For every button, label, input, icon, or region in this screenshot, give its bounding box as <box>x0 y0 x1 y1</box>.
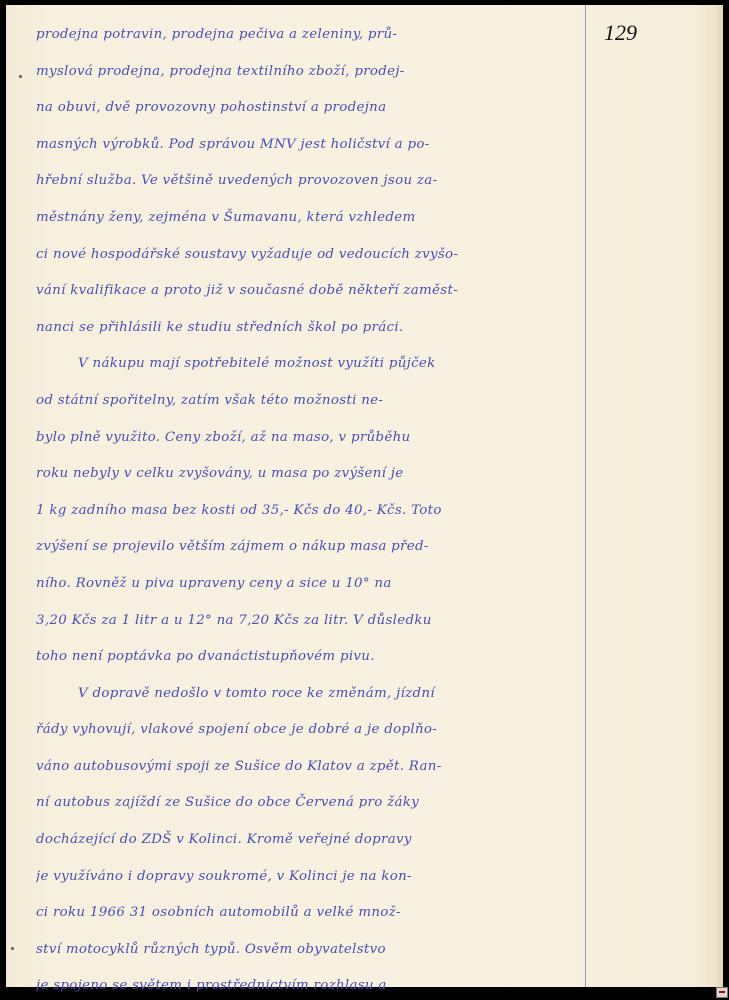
text-line: ci nové hospodářské soustavy vyžaduje od… <box>36 237 581 274</box>
text-line: řády vyhovují, vlakové spojení obce je d… <box>36 712 581 749</box>
paper-speck <box>11 947 14 950</box>
text-line: ního. Rovněž u piva upraveny ceny a sice… <box>36 566 581 603</box>
text-line: zvýšení se projevilo větším zájmem o nák… <box>36 529 581 566</box>
text-line: váno autobusovými spoji ze Sušice do Kla… <box>36 749 581 786</box>
text-line: docházející do ZDŠ v Kolinci. Kromě veře… <box>36 822 581 859</box>
text-line: na obuvi, dvě provozovny pohostinství a … <box>36 90 581 127</box>
text-line: 1 kg zadního masa bez kosti od 35,- Kčs … <box>36 493 581 530</box>
text-line: roku nebyly v celku zvyšovány, u masa po… <box>36 456 581 493</box>
text-line: masných výrobků. Pod správou MNV jest ho… <box>36 127 581 164</box>
viewer-minimize-icon[interactable] <box>716 987 728 998</box>
text-line: 3,20 Kčs za 1 litr a u 12° na 7,20 Kčs z… <box>36 603 581 640</box>
text-line: ní autobus zajíždí ze Sušice do obce Čer… <box>36 785 581 822</box>
text-line: toho není poptávka po dvanáctistupňovém … <box>36 639 581 676</box>
paragraph-start-line: V dopravě nedošlo v tomto roce ke změnám… <box>36 676 581 713</box>
text-line: nanci se přihlásili ke studiu středních … <box>36 310 581 347</box>
paper-speck <box>19 75 22 78</box>
text-line: od státní spořitelny, zatím však této mo… <box>36 383 581 420</box>
margin-rule <box>585 5 586 987</box>
text-line: vání kvalifikace a proto již v současné … <box>36 273 581 310</box>
document-page: 129 prodejna potravin, prodejna pečiva a… <box>6 5 723 987</box>
text-line: prodejna potravin, prodejna pečiva a zel… <box>36 17 581 54</box>
text-line: ství motocyklů různých typů. Osvěm obyva… <box>36 932 581 969</box>
text-line: hřební služba. Ve většině uvedených prov… <box>36 163 581 200</box>
text-line: bylo plně využito. Ceny zboží, až na mas… <box>36 420 581 457</box>
text-line: městnány ženy, zejména v Šumavanu, která… <box>36 200 581 237</box>
handwritten-text-block: prodejna potravin, prodejna pečiva a zel… <box>36 17 581 1000</box>
text-line: je využíváno i dopravy soukromé, v Kolin… <box>36 859 581 896</box>
page-number: 129 <box>604 20 637 46</box>
text-line: ci roku 1966 31 osobních automobilů a ve… <box>36 895 581 932</box>
paragraph-start-line: V nákupu mají spotřebitelé možnost využí… <box>36 346 581 383</box>
page-edge <box>715 5 723 987</box>
text-line: je spojeno se světem i prostřednictvím r… <box>36 968 581 1000</box>
text-line: myslová prodejna, prodejna textilního zb… <box>36 54 581 91</box>
